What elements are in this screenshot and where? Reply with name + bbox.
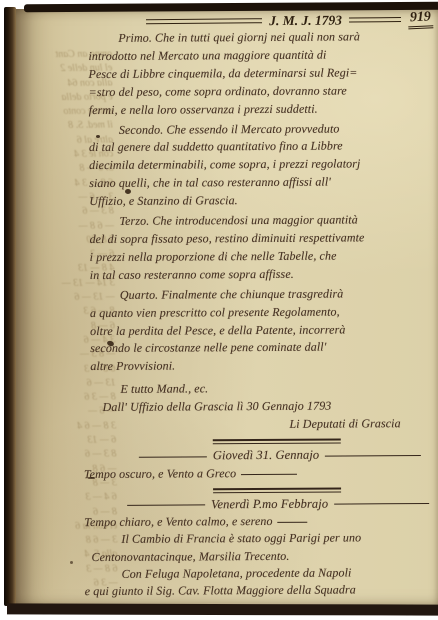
date-rule-right: [334, 503, 429, 505]
manuscript-line: altre Provvisioni.: [90, 356, 434, 376]
ink-speck: [125, 189, 131, 194]
manuscript-line: diecimila determinabili, come sopra, i p…: [89, 155, 433, 175]
paragraph-terzo: Terzo. Che introducendosi una maggior qu…: [89, 211, 433, 285]
flourish-rule: [241, 473, 297, 474]
weather-line: Tempo chiaro, e Vento calmo, e sereno: [84, 512, 435, 531]
paragraph-primo: Primo. Che in tutti quei giornj nei qual…: [88, 28, 433, 120]
weather-text: Tempo chiaro, e Vento calmo, e sereno: [84, 514, 272, 529]
date-rule-left: [139, 456, 207, 457]
manuscript-line: Secondo. Che essendo il Mercato provvedu…: [89, 119, 433, 139]
manuscript-line: Con Feluga Napoletana, procedente da Nap…: [92, 564, 436, 583]
manuscript-line: fermi, e nella loro osservanza i prezzi …: [89, 100, 433, 120]
manuscript-line: di tal genere dal suddetto quantitativo …: [89, 137, 433, 157]
entry-date-row: Giovedì 31. Gennajo: [91, 447, 435, 466]
manuscript-line: Il Cambio di Francia è stato oggi Parigi…: [91, 529, 435, 548]
manuscript-line: =stro del peso, come sopra ordinato, dov…: [89, 82, 433, 102]
manuscript-line: secondo le circostanze nelle pene comina…: [90, 338, 434, 358]
manuscript-line: introdotto nel Mercato una maggiore quan…: [88, 46, 432, 66]
manuscript-scan: omno an Cant el lun delle 2 alla con 64 …: [0, 0, 438, 620]
manuscript-line: oltre la perdita del Pesce, e della Pate…: [90, 320, 434, 340]
manuscript-line: Quarto. Finalmente che chiunque trasgred…: [90, 285, 434, 305]
entry-date-row: Venerdì P.mo Febbrajo: [91, 495, 435, 514]
closing-dateline: Dall' Uffizio della Grascia lì 30 Gennaj…: [91, 397, 435, 417]
separator-double-rule: [213, 488, 341, 494]
paragraph-secondo: Secondo. Che essendo il Mercato provvedu…: [89, 119, 434, 211]
header-rule-left: [146, 18, 262, 24]
ink-speck: [88, 477, 95, 479]
manuscript-line: i prezzi nella proporzione di che nelle …: [90, 247, 434, 267]
scan-bottom-edge: [7, 603, 438, 615]
manuscript-line: Terzo. Che introducendosi una maggior qu…: [89, 211, 433, 231]
weather-line: Tempo oscuro, e Vento a Greco: [84, 464, 435, 483]
weather-text: Tempo oscuro, e Vento a Greco: [84, 466, 236, 481]
closing-mandate: E tutto Mand., ec.: [90, 379, 434, 399]
date-rule-right: [325, 455, 421, 457]
manuscript-line: del di sopra fissato peso, restino dimin…: [89, 229, 433, 249]
manuscript-line: Centonovantacinque, Marsilia Trecento.: [91, 546, 435, 565]
manuscript-line: siano quelli, che in tal caso resteranno…: [89, 173, 433, 193]
manuscript-body: Primo. Che in tutti quei giornj nei qual…: [88, 28, 435, 600]
invocation-text: J. M. J. 1793: [269, 12, 342, 29]
entry-date: Venerdì P.mo Febbrajo: [211, 495, 328, 514]
separator-double-rule: [213, 438, 341, 444]
manuscript-line: in tal caso resteranno come sopra affiss…: [90, 265, 434, 285]
entry-date: Giovedì 31. Gennajo: [213, 447, 320, 466]
ink-speck: [96, 135, 100, 138]
ink-speck: [70, 561, 73, 564]
flourish-rule: [278, 522, 308, 523]
header-rule-right: [349, 17, 401, 22]
closing-signature: Li Deputati di Grascia: [91, 415, 435, 435]
manuscript-line: e qui giunto il Sig. Cav. Flotta Maggior…: [85, 581, 436, 600]
folio-number: 919: [408, 9, 434, 29]
entry-body: Tempo chiaro, e Vento calmo, e sereno Il…: [91, 512, 436, 600]
manuscript-line: Pesce di Libbre cinquemila, da determina…: [88, 64, 432, 84]
paragraph-quarto: Quarto. Finalmente che chiunque trasgred…: [90, 285, 435, 377]
manuscript-line: Primo. Che in tutti quei giornj nei qual…: [88, 28, 432, 48]
manuscript-line: Uffizio, e Stanzino di Grascia.: [89, 191, 433, 211]
manuscript-line: a quanto vien prescritto col presente Re…: [90, 303, 434, 323]
date-rule-left: [127, 504, 205, 505]
closing-block: E tutto Mand., ec. Dall' Uffizio della G…: [90, 379, 434, 435]
